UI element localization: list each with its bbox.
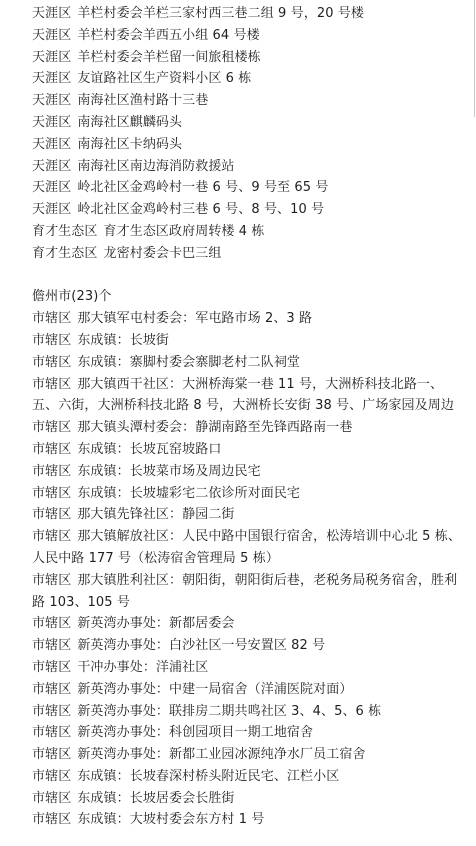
address-text: 龙密村委会卡巴三组: [104, 246, 222, 261]
district-label: 市辖区: [32, 377, 71, 392]
address-text: 那大镇胜利社区：朝阳街，朝阳街后巷，老税务局税务宿舍，胜利路 103、105 号: [32, 573, 457, 610]
address-text: 南海社区南边海消防救援站: [77, 159, 234, 174]
address-text: 岭北社区金鸡岭村三巷 6 号、8 号、10 号: [77, 202, 324, 217]
address-text: 羊栏村委会羊西五小组 64 号楼: [77, 28, 259, 43]
address-text: 东成镇：寨脚村委会寨脚老村二队祠堂: [77, 355, 300, 370]
district-label: 天涯区: [32, 137, 71, 152]
address-text: 南海社区麒麟码头: [77, 115, 182, 130]
list-item: 天涯区岭北社区金鸡岭村三巷 6 号、8 号、10 号: [32, 199, 468, 221]
list-item: 市辖区东成镇：寨脚村委会寨脚老村二队祠堂: [32, 352, 468, 374]
list-item: 天涯区友谊路社区生产资料小区 6 栋: [32, 68, 468, 90]
district-label: 天涯区: [32, 6, 71, 21]
list-item: 市辖区那大镇解放社区：人民中路中国银行宿舍，松涛培训中心北 5 栋、人民中路 1…: [32, 526, 468, 570]
district-label: 市辖区: [32, 725, 71, 740]
district-label: 天涯区: [32, 180, 71, 195]
district-label: 天涯区: [32, 202, 71, 217]
district-label: 市辖区: [32, 333, 71, 348]
district-label: 天涯区: [32, 159, 71, 174]
address-text: 新英湾办事处：科创园项目一期工地宿舍: [77, 725, 313, 740]
list-item: 市辖区东成镇：长坡墟彩宅二依诊所对面民宅: [32, 483, 468, 505]
list-item: 天涯区南海社区卡纳码头: [32, 134, 468, 156]
district-label: 天涯区: [32, 50, 71, 65]
section-header: 儋州市(23)个: [32, 286, 468, 308]
address-text: 那大镇头潭村委会：静湖南路至先锋西路南一巷: [77, 420, 352, 435]
list-item: 市辖区那大镇胜利社区：朝阳街，朝阳街后巷，老税务局税务宿舍，胜利路 103、10…: [32, 570, 468, 614]
district-label: 市辖区: [32, 682, 71, 697]
list-item: 市辖区那大镇先锋社区：静园二街: [32, 504, 468, 526]
address-text: 新英湾办事处：中建一局宿舍（洋浦医院对面）: [77, 682, 352, 697]
address-text: 新英湾办事处：新都居委会: [77, 616, 234, 631]
scrollbar-edge: [474, 0, 475, 117]
district-label: 市辖区: [32, 638, 71, 653]
address-text: 那大镇先锋社区：静园二街: [77, 507, 234, 522]
address-text: 东成镇：长坡居委会长胜街: [77, 791, 234, 806]
list-item: 天涯区南海社区麒麟码头: [32, 112, 468, 134]
blank-line: [32, 265, 468, 287]
address-text: 新英湾办事处：新都工业园冰源纯净水厂员工宿舍: [77, 747, 365, 762]
address-text: 南海社区卡纳码头: [77, 137, 182, 152]
district-label: 天涯区: [32, 71, 71, 86]
district-label: 育才生态区: [32, 224, 98, 239]
list-item: 天涯区岭北社区金鸡岭村一巷 6 号、9 号至 65 号: [32, 177, 468, 199]
list-item: 市辖区那大镇西干社区：大洲桥海棠一巷 11 号，大洲桥科技北路一、五、六街，大洲…: [32, 374, 468, 418]
list-item: 市辖区干冲办事处：洋浦社区: [32, 657, 468, 679]
address-text: 友谊路社区生产资料小区 6 栋: [77, 71, 251, 86]
list-item: 市辖区那大镇头潭村委会：静湖南路至先锋西路南一巷: [32, 417, 468, 439]
list-item: 市辖区新英湾办事处：新都居委会: [32, 613, 468, 635]
list-item: 市辖区那大镇军屯村委会：军屯路市场 2、3 路: [32, 308, 468, 330]
district-label: 市辖区: [32, 704, 71, 719]
district-label: 市辖区: [32, 464, 71, 479]
address-text: 羊栏村委会羊栏留一间旅租楼栋: [77, 50, 260, 65]
section-danzhou: 儋州市(23)个 市辖区那大镇军屯村委会：军屯路市场 2、3 路 市辖区东成镇：…: [32, 286, 468, 831]
address-text: 新英湾办事处：白沙社区一号安置区 82 号: [77, 638, 325, 653]
address-text: 新英湾办事处：联排房二期共鸣社区 3、4、5、6 栋: [77, 704, 381, 719]
address-text: 那大镇解放社区：人民中路中国银行宿舍，松涛培训中心北 5 栋、人民中路 177 …: [32, 529, 461, 566]
district-label: 市辖区: [32, 311, 71, 326]
list-item: 市辖区东成镇：长坡居委会长胜街: [32, 788, 468, 810]
district-label: 育才生态区: [32, 246, 98, 261]
list-item: 市辖区新英湾办事处：白沙社区一号安置区 82 号: [32, 635, 468, 657]
list-item: 市辖区东成镇：长坡街: [32, 330, 468, 352]
list-item: 市辖区新英湾办事处：联排房二期共鸣社区 3、4、5、6 栋: [32, 701, 468, 723]
address-text: 岭北社区金鸡岭村一巷 6 号、9 号至 65 号: [77, 180, 328, 195]
district-label: 市辖区: [32, 442, 71, 457]
section-sanya-continuation: 天涯区羊栏村委会羊栏三家村西三巷二组 9 号，20 号楼 天涯区羊栏村委会羊西五…: [32, 3, 468, 265]
list-item: 市辖区新英湾办事处：科创园项目一期工地宿舍: [32, 722, 468, 744]
address-text: 东成镇：长坡街: [77, 333, 169, 348]
address-text: 那大镇军屯村委会：军屯路市场 2、3 路: [77, 311, 312, 326]
list-item: 天涯区南海社区渔村路十三巷: [32, 90, 468, 112]
district-label: 市辖区: [32, 747, 71, 762]
address-text: 干冲办事处：洋浦社区: [77, 660, 208, 675]
district-label: 天涯区: [32, 115, 71, 130]
list-item: 市辖区新英湾办事处：中建一局宿舍（洋浦医院对面）: [32, 679, 468, 701]
list-item: 天涯区羊栏村委会羊西五小组 64 号楼: [32, 25, 468, 47]
list-item: 育才生态区育才生态区政府周转楼 4 栋: [32, 221, 468, 243]
district-label: 市辖区: [32, 507, 71, 522]
list-item: 天涯区羊栏村委会羊栏留一间旅租楼栋: [32, 47, 468, 69]
district-label: 市辖区: [32, 660, 71, 675]
district-label: 市辖区: [32, 791, 71, 806]
district-label: 市辖区: [32, 529, 71, 544]
list-item: 市辖区东成镇：长坡春深村桥头附近民宅、江栏小区: [32, 766, 468, 788]
address-text: 那大镇西干社区：大洲桥海棠一巷 11 号，大洲桥科技北路一、五、六街，大洲桥科技…: [32, 377, 454, 414]
district-label: 市辖区: [32, 355, 71, 370]
district-label: 市辖区: [32, 573, 71, 588]
address-text: 东成镇：长坡墟彩宅二依诊所对面民宅: [77, 486, 300, 501]
list-item: 天涯区南海社区南边海消防救援站: [32, 156, 468, 178]
district-label: 市辖区: [32, 486, 71, 501]
list-item: 市辖区新英湾办事处：新都工业园冰源纯净水厂员工宿舍: [32, 744, 468, 766]
district-label: 市辖区: [32, 812, 71, 827]
address-text: 南海社区渔村路十三巷: [77, 93, 208, 108]
address-text: 东成镇：长坡春深村桥头附近民宅、江栏小区: [77, 769, 339, 784]
district-label: 市辖区: [32, 616, 71, 631]
district-label: 天涯区: [32, 93, 71, 108]
address-text: 育才生态区政府周转楼 4 栋: [104, 224, 265, 239]
address-text: 羊栏村委会羊栏三家村西三巷二组 9 号，20 号楼: [77, 6, 364, 21]
list-item: 市辖区东成镇：长坡瓦窑坡路口: [32, 439, 468, 461]
address-text: 东成镇：长坡瓦窑坡路口: [77, 442, 221, 457]
document-body: 天涯区羊栏村委会羊栏三家村西三巷二组 9 号，20 号楼 天涯区羊栏村委会羊西五…: [32, 3, 468, 831]
address-text: 东成镇：长坡菜市场及周边民宅: [77, 464, 260, 479]
list-item: 育才生态区龙密村委会卡巴三组: [32, 243, 468, 265]
list-item: 市辖区东成镇：大坡村委会东方村 1 号: [32, 809, 468, 831]
address-text: 东成镇：大坡村委会东方村 1 号: [77, 812, 264, 827]
district-label: 天涯区: [32, 28, 71, 43]
list-item: 天涯区羊栏村委会羊栏三家村西三巷二组 9 号，20 号楼: [32, 3, 468, 25]
district-label: 市辖区: [32, 420, 71, 435]
list-item: 市辖区东成镇：长坡菜市场及周边民宅: [32, 461, 468, 483]
district-label: 市辖区: [32, 769, 71, 784]
